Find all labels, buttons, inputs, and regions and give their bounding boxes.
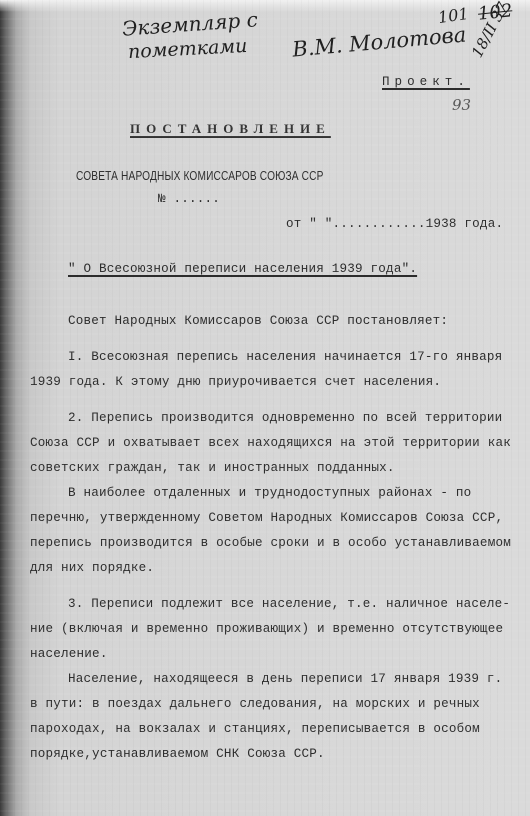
clause-2-para2-line-4: для них порядке. [30, 561, 154, 575]
document-page: Экземпляр с пометками В.М. Молотова 101 … [0, 0, 530, 816]
resolution-number: № ...... [158, 192, 220, 206]
folio-number: 93 [452, 96, 471, 114]
clause-3-para2-line-1: Население, находящееся в день переписи 1… [68, 672, 502, 686]
clause-2-line-3: советских граждан, так и иностранных под… [30, 461, 395, 475]
clause-2-para2-line-1: В наиболее отдаленных и труднодоступных … [68, 486, 471, 500]
clause-3-line-2: ние (включая и временно проживающих) и в… [30, 622, 503, 636]
issuer-line: СОВЕТА НАРОДНЫХ КОМИССАРОВ СОЮЗА ССР [76, 168, 324, 183]
clause-3-para2-line-2: в пути: в поездах дальнего следования, н… [30, 697, 480, 711]
preamble: Совет Народных Комиссаров Союза ССР пост… [68, 314, 448, 328]
clause-3-para2-line-4: порядке,устанавливаемом СНК Союза ССР. [30, 747, 325, 761]
clause-2-para2-line-2: перечню, утвержденному Советом Народных … [30, 511, 503, 525]
clause-3-line-1: 3. Переписи подлежит все население, т.е.… [68, 597, 510, 611]
subject-text: " О Всесоюзной переписи населения 1939 г… [68, 262, 417, 276]
draft-label: Проект. [382, 75, 470, 89]
clause-1-line-2: 1939 года. К этому дню приурочивается сч… [30, 375, 441, 389]
resolution-date: от " "............1938 года. [286, 217, 503, 231]
clause-3-line-3: население. [30, 647, 108, 661]
document-title: ПОСТАНОВЛЕНИЕ [130, 121, 331, 137]
clause-2-line-1: 2. Перепись производится одновременно по… [68, 411, 502, 425]
handwritten-signature-name: В.М. Молотова [291, 22, 467, 61]
subject-line: " О Всесоюзной переписи населения 1939 г… [68, 262, 417, 276]
clause-2-para2-line-3: перепись производится в особые сроки и в… [30, 536, 511, 550]
clause-1-line-1: I. Всесоюзная перепись населения начинае… [68, 350, 502, 364]
clause-2-line-2: Союза ССР и охватывает всех находящихся … [30, 436, 511, 450]
clause-3-para2-line-3: пароходах, на вокзалах и станциях, переп… [30, 722, 480, 736]
